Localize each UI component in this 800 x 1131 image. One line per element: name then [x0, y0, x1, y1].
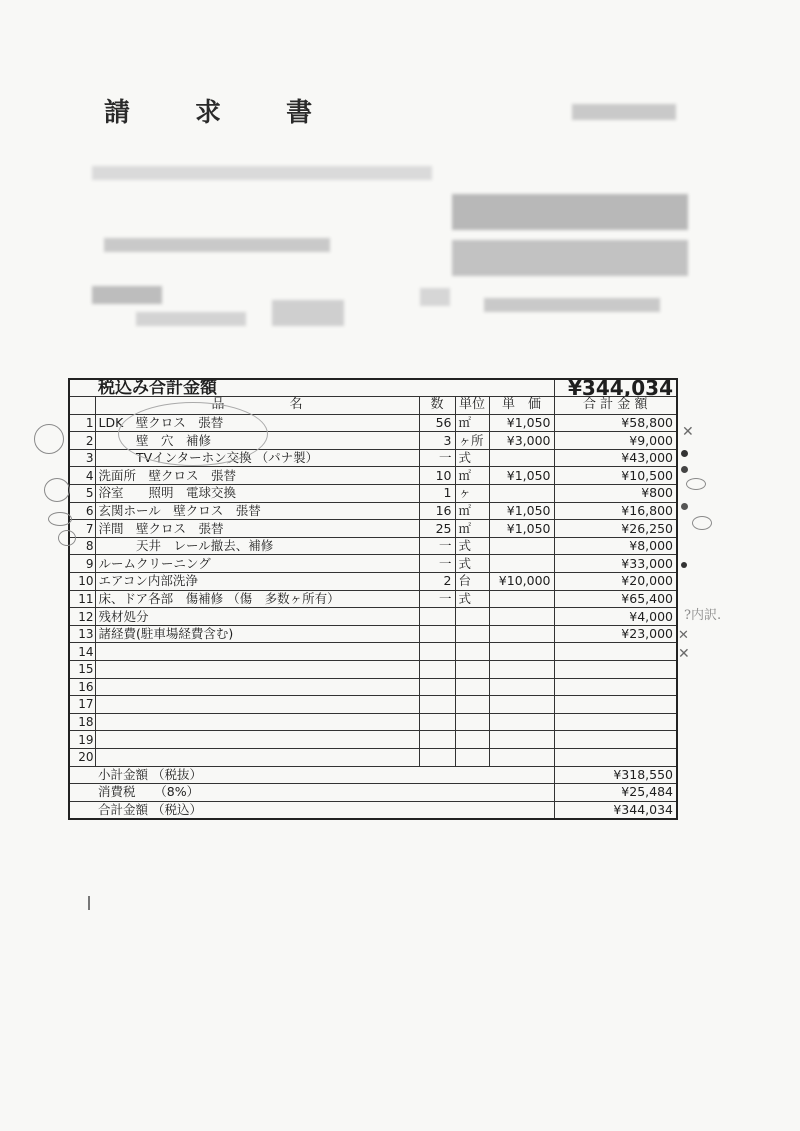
handwritten-dot-row3 — [681, 466, 688, 473]
table-row: 16 — [69, 678, 677, 696]
unit: 式 — [455, 590, 489, 608]
summary-row: 小計金額 （税抜）¥318,550 — [69, 766, 677, 784]
row-number: 2 — [69, 432, 95, 450]
header-amount: 合 計 金 額 — [554, 397, 677, 415]
handwritten-loop-left-1 — [34, 424, 64, 454]
row-number: 5 — [69, 485, 95, 503]
unit-price — [489, 485, 554, 503]
amount: ¥8,000 — [554, 537, 677, 555]
unit-price — [489, 537, 554, 555]
unit-price — [489, 731, 554, 749]
row-number: 19 — [69, 731, 95, 749]
item-name — [95, 678, 419, 696]
amount — [554, 678, 677, 696]
row-number: 4 — [69, 467, 95, 485]
summary-label: 小計金額 （税抜） — [69, 766, 554, 784]
amount: ¥9,000 — [554, 432, 677, 450]
quantity — [419, 661, 455, 679]
table-row: 17 — [69, 696, 677, 714]
summary-row: 合計金額 （税込）¥344,034 — [69, 801, 677, 819]
redacted-reference-2 — [272, 300, 344, 326]
redacted-reference — [136, 312, 246, 326]
table-row: 10エアコン内部洗浄2台¥10,000¥20,000 — [69, 573, 677, 591]
item-name — [95, 696, 419, 714]
unit-price — [489, 555, 554, 573]
redacted-recipient — [92, 166, 432, 180]
redacted-issuer-label — [420, 288, 450, 306]
quantity: 25 — [419, 520, 455, 538]
unit — [455, 625, 489, 643]
quantity — [419, 625, 455, 643]
amount: ¥16,800 — [554, 502, 677, 520]
quantity — [419, 748, 455, 766]
handwritten-loop-item1 — [118, 402, 268, 466]
quantity: 56 — [419, 414, 455, 432]
handwritten-loop-left-4 — [58, 530, 76, 546]
handwritten-mark-row12: ✕ — [678, 628, 689, 643]
quantity: 2 — [419, 573, 455, 591]
handwritten-dot-row5 — [681, 503, 688, 510]
grand-total-value: ¥344,034 — [554, 379, 677, 397]
quantity — [419, 696, 455, 714]
unit-price — [489, 625, 554, 643]
table-row: 12残材処分¥4,000 — [69, 608, 677, 626]
unit-price — [489, 748, 554, 766]
amount: ¥4,000 — [554, 608, 677, 626]
unit: 式 — [455, 537, 489, 555]
item-name — [95, 713, 419, 731]
unit: ㎡ — [455, 502, 489, 520]
table-row: 13諸経費(駐車場経費含む)¥23,000 — [69, 625, 677, 643]
unit — [455, 608, 489, 626]
summary-value: ¥318,550 — [554, 766, 677, 784]
table-row: 9ルームクリーニング一式¥33,000 — [69, 555, 677, 573]
summary-value: ¥25,484 — [554, 784, 677, 802]
unit: 式 — [455, 555, 489, 573]
stray-pen-mark — [88, 896, 90, 910]
redacted-issuer-address — [452, 240, 688, 276]
unit — [455, 713, 489, 731]
item-name — [95, 731, 419, 749]
redacted-recipient-detail — [104, 238, 330, 252]
row-number: 3 — [69, 449, 95, 467]
header-no — [69, 397, 95, 415]
item-name — [95, 643, 419, 661]
handwritten-loop-left-2 — [44, 478, 70, 502]
item-name — [95, 661, 419, 679]
item-name: 洗面所 壁クロス 張替 — [95, 467, 419, 485]
unit: ㎡ — [455, 467, 489, 485]
row-number: 1 — [69, 414, 95, 432]
table-row: 5浴室 照明 電球交換1ヶ¥800 — [69, 485, 677, 503]
quantity: 一 — [419, 590, 455, 608]
grand-total-label: 税込み合計金額 — [69, 379, 554, 397]
row-number: 14 — [69, 643, 95, 661]
handwritten-mark-row1: ✕ — [682, 424, 694, 440]
quantity: 一 — [419, 555, 455, 573]
quantity: 3 — [419, 432, 455, 450]
grand-total-header: 税込み合計金額 ¥344,034 — [69, 379, 677, 397]
quantity: 10 — [419, 467, 455, 485]
amount: ¥23,000 — [554, 625, 677, 643]
item-name: 玄関ホール 壁クロス 張替 — [95, 502, 419, 520]
row-number: 9 — [69, 555, 95, 573]
unit-price — [489, 449, 554, 467]
invoice-page: 請 求 書 税込み合計金額 ¥344,034 品 名 数 単位 単 価 合 計 … — [0, 0, 800, 1131]
item-name: 床、ドア各部 傷補修 （傷 多数ヶ所有） — [95, 590, 419, 608]
row-number: 6 — [69, 502, 95, 520]
unit-price: ¥1,050 — [489, 502, 554, 520]
unit — [455, 748, 489, 766]
amount — [554, 713, 677, 731]
quantity: 1 — [419, 485, 455, 503]
header-qty: 数 — [419, 397, 455, 415]
amount: ¥58,800 — [554, 414, 677, 432]
amount — [554, 696, 677, 714]
table-row: 19 — [69, 731, 677, 749]
row-number: 18 — [69, 713, 95, 731]
table-row: 8 天井 レール撤去、補修一式¥8,000 — [69, 537, 677, 555]
document-title: 請 求 書 — [104, 92, 340, 129]
table-row: 6玄関ホール 壁クロス 張替16㎡¥1,050¥16,800 — [69, 502, 677, 520]
unit — [455, 678, 489, 696]
item-name: 天井 レール撤去、補修 — [95, 537, 419, 555]
unit — [455, 696, 489, 714]
redacted-date — [572, 104, 676, 120]
amount — [554, 661, 677, 679]
redacted-phone — [92, 286, 162, 304]
unit-price — [489, 696, 554, 714]
item-name: ルームクリーニング — [95, 555, 419, 573]
item-name: 浴室 照明 電球交換 — [95, 485, 419, 503]
quantity — [419, 678, 455, 696]
item-name — [95, 748, 419, 766]
quantity — [419, 608, 455, 626]
unit: ㎡ — [455, 414, 489, 432]
quantity — [419, 731, 455, 749]
amount: ¥26,250 — [554, 520, 677, 538]
unit-price: ¥1,050 — [489, 467, 554, 485]
item-name: 諸経費(駐車場経費含む) — [95, 625, 419, 643]
unit — [455, 643, 489, 661]
unit: 式 — [455, 449, 489, 467]
handwritten-dot-row2 — [681, 450, 688, 457]
table-row: 7洋間 壁クロス 張替25㎡¥1,050¥26,250 — [69, 520, 677, 538]
quantity: 一 — [419, 537, 455, 555]
header-unit: 単位 — [455, 397, 489, 415]
unit — [455, 661, 489, 679]
header-unit-price: 単 価 — [489, 397, 554, 415]
amount: ¥800 — [554, 485, 677, 503]
amount: ¥33,000 — [554, 555, 677, 573]
unit-price: ¥3,000 — [489, 432, 554, 450]
unit-price — [489, 713, 554, 731]
summary-label: 合計金額 （税込） — [69, 801, 554, 819]
row-number: 17 — [69, 696, 95, 714]
unit: ヶ所 — [455, 432, 489, 450]
row-number: 13 — [69, 625, 95, 643]
quantity: 一 — [419, 449, 455, 467]
row-number: 16 — [69, 678, 95, 696]
table-row: 4洗面所 壁クロス 張替10㎡¥1,050¥10,500 — [69, 467, 677, 485]
item-name: エアコン内部洗浄 — [95, 573, 419, 591]
row-number: 11 — [69, 590, 95, 608]
unit: 台 — [455, 573, 489, 591]
handwritten-mark-row13: ✕ — [678, 646, 690, 662]
table-row: 14 — [69, 643, 677, 661]
redacted-issuer-contact — [484, 298, 660, 312]
amount: ¥43,000 — [554, 449, 677, 467]
amount — [554, 748, 677, 766]
unit-price — [489, 590, 554, 608]
unit-price — [489, 661, 554, 679]
amount: ¥10,500 — [554, 467, 677, 485]
amount: ¥65,400 — [554, 590, 677, 608]
table-row: 18 — [69, 713, 677, 731]
amount — [554, 643, 677, 661]
table-row: 15 — [69, 661, 677, 679]
unit-price — [489, 678, 554, 696]
handwritten-loop-left-3 — [48, 512, 72, 526]
summary-row: 消費税 （8%）¥25,484 — [69, 784, 677, 802]
unit — [455, 731, 489, 749]
quantity — [419, 643, 455, 661]
item-name: 残材処分 — [95, 608, 419, 626]
item-name: 洋間 壁クロス 張替 — [95, 520, 419, 538]
amount — [554, 731, 677, 749]
redacted-issuer-name — [452, 194, 688, 230]
unit: ㎡ — [455, 520, 489, 538]
quantity: 16 — [419, 502, 455, 520]
summary-label: 消費税 （8%） — [69, 784, 554, 802]
unit-price: ¥1,050 — [489, 414, 554, 432]
unit: ヶ — [455, 485, 489, 503]
unit-price: ¥10,000 — [489, 573, 554, 591]
unit-price: ¥1,050 — [489, 520, 554, 538]
row-number: 12 — [69, 608, 95, 626]
table-row: 11床、ドア各部 傷補修 （傷 多数ヶ所有）一式¥65,400 — [69, 590, 677, 608]
row-number: 20 — [69, 748, 95, 766]
table-row: 20 — [69, 748, 677, 766]
amount: ¥20,000 — [554, 573, 677, 591]
summary-value: ¥344,034 — [554, 801, 677, 819]
row-number: 10 — [69, 573, 95, 591]
handwritten-loop-row4 — [686, 478, 706, 490]
unit-price — [489, 608, 554, 626]
handwritten-loop-row6 — [692, 516, 712, 530]
handwritten-dot-row8 — [681, 562, 687, 568]
quantity — [419, 713, 455, 731]
handwritten-note-row11: ?内訳. — [684, 604, 721, 623]
row-number: 15 — [69, 661, 95, 679]
unit-price — [489, 643, 554, 661]
